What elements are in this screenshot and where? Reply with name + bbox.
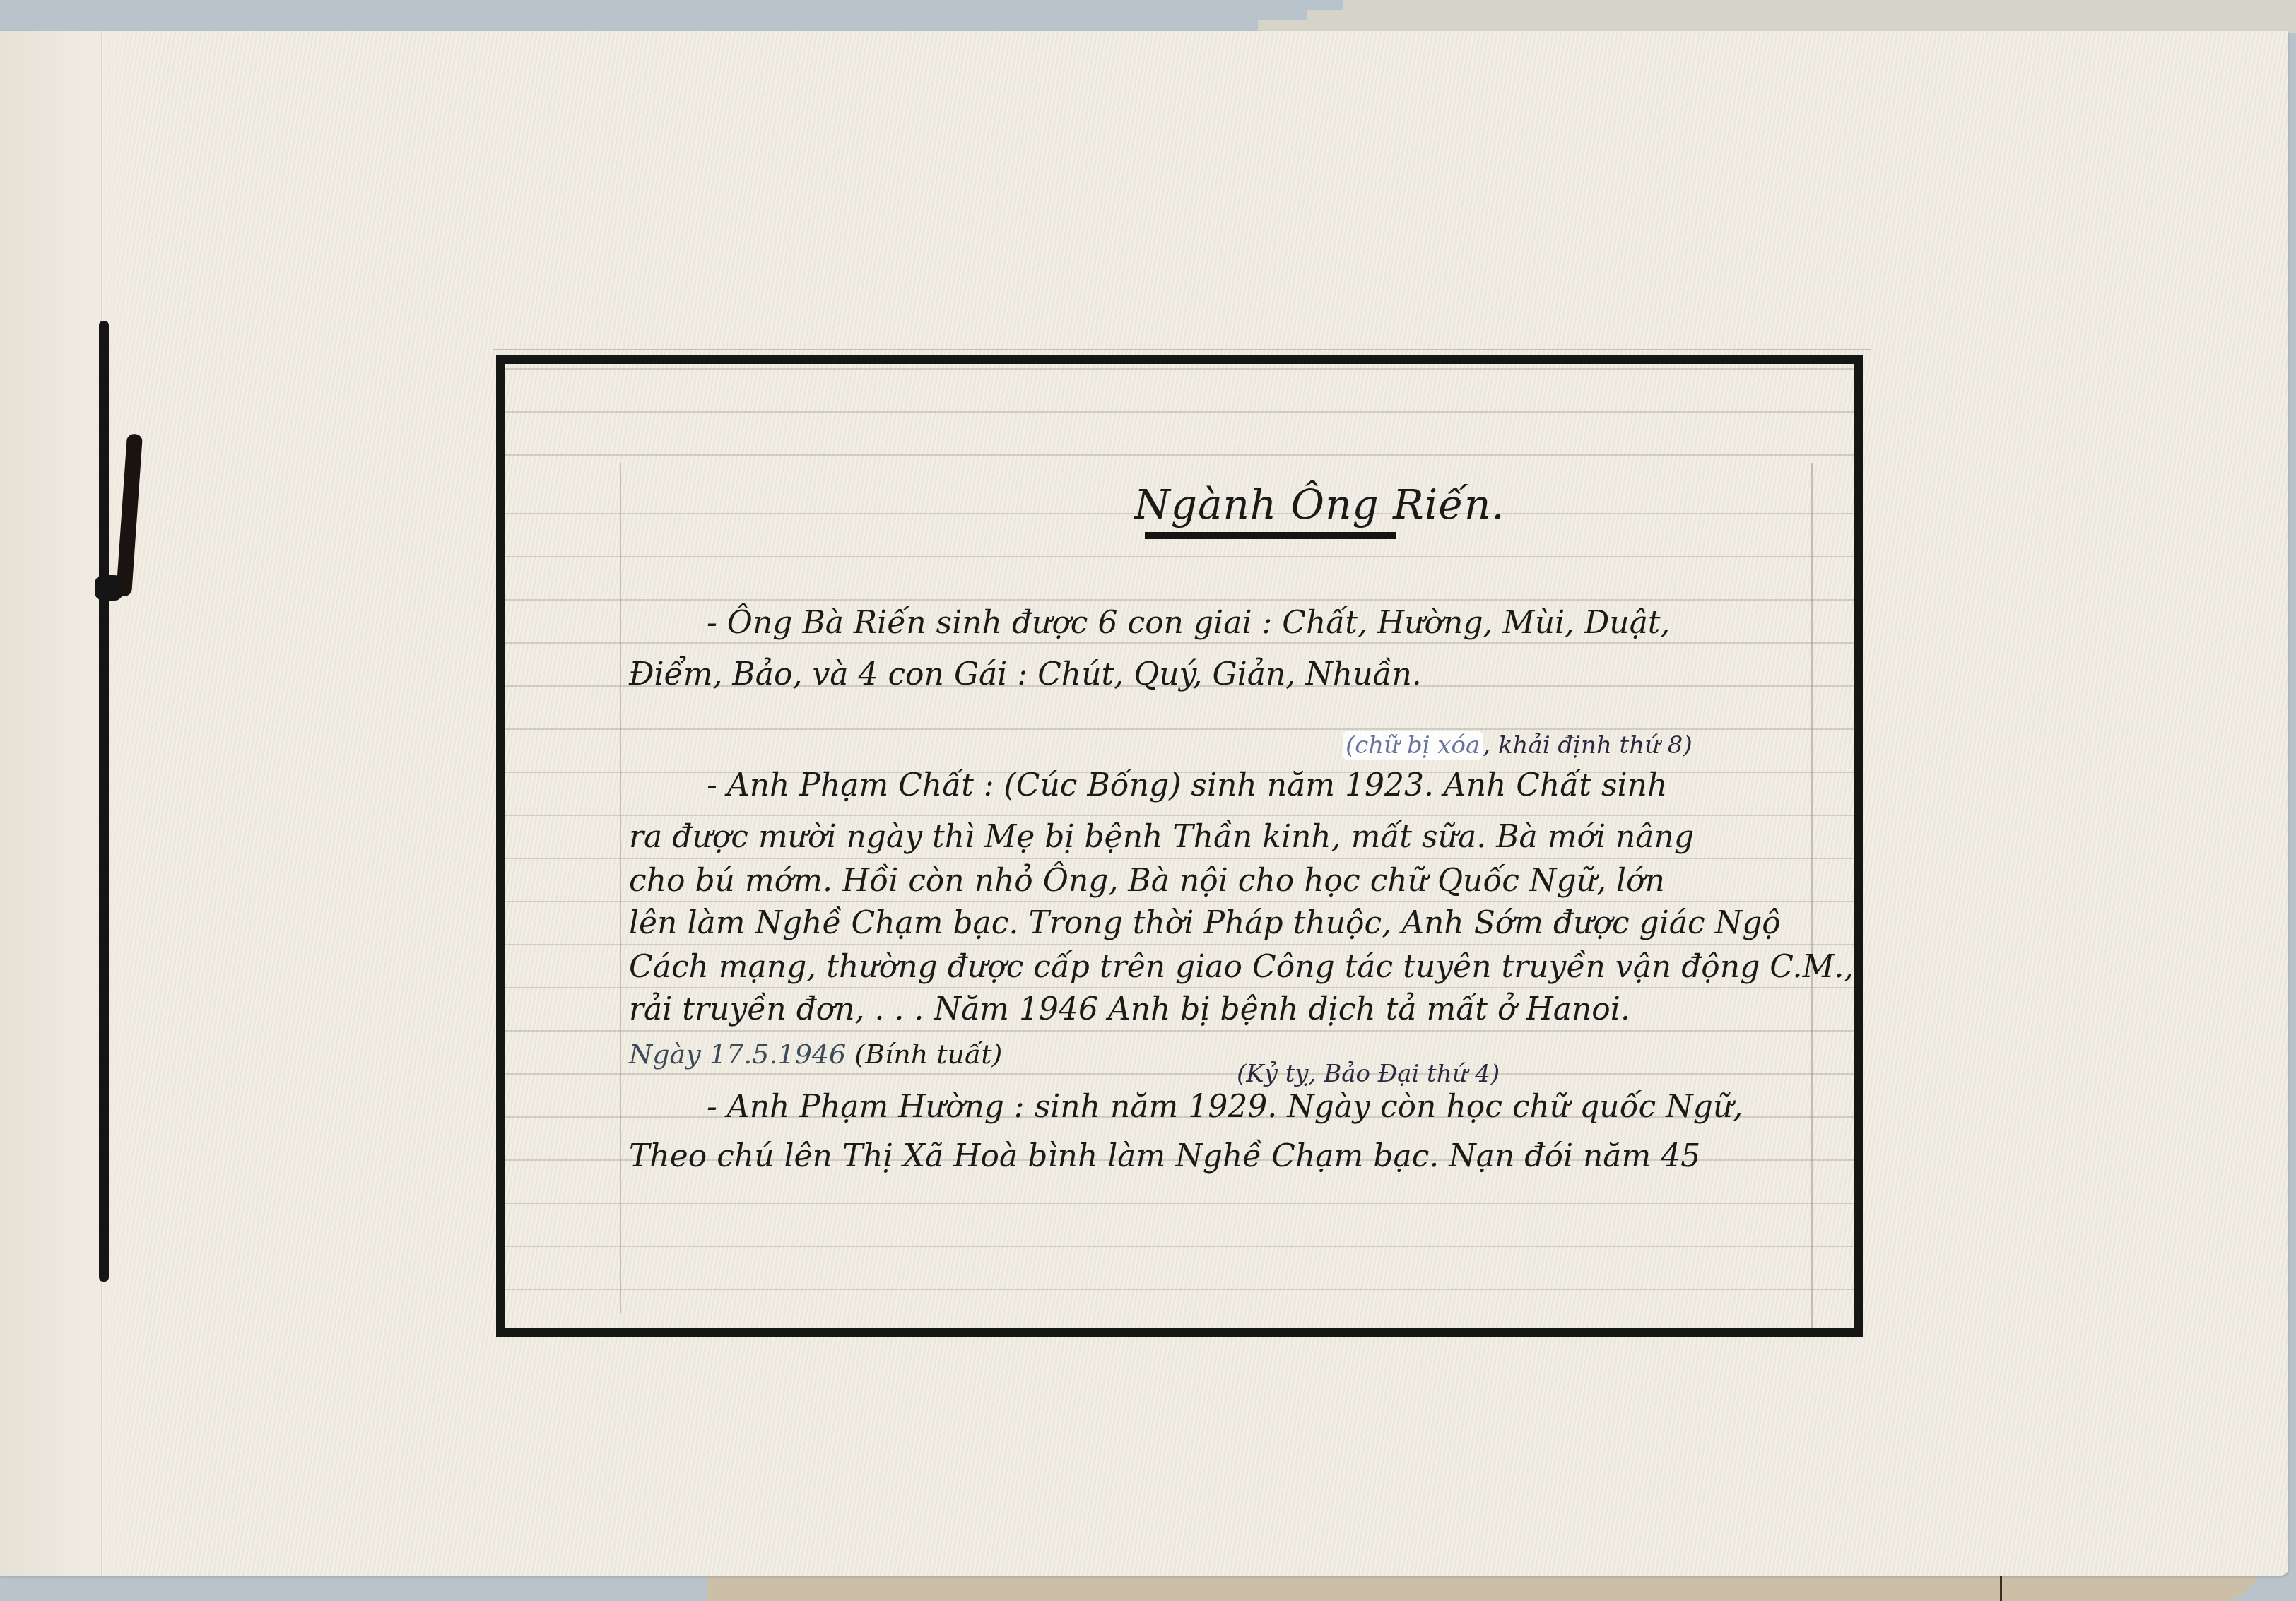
death-date: Ngày 17.5.1946 [629, 1039, 846, 1070]
chat-line-6: rải truyền đơn, . . . Năm 1946 Anh bị bệ… [629, 994, 1630, 1025]
gutter-shade [0, 31, 141, 1576]
intro-line-1: - Ông Bà Riến sinh được 6 con giai : Chấ… [629, 608, 1671, 639]
chat-line-1: - Anh Phạm Chất : (Cúc Bống) sinh năm 19… [629, 770, 1667, 801]
left-margin-line [620, 463, 621, 1313]
whited-out-text: (chữ bị xóa [1343, 731, 1483, 760]
page-title: Ngành Ông Riến. [1134, 480, 1505, 528]
chat-line-4: lên làm Nghề Chạm bạc. Trong thời Pháp t… [629, 908, 1781, 939]
year-name: (Bính tuất) [854, 1039, 1002, 1070]
binding-thread [99, 321, 109, 1282]
intro-line-2: Điểm, Bảo, và 4 con Gái : Chút, Quý, Giả… [629, 659, 1422, 690]
chat-line-5: Cách mạng, thường được cấp trên giao Côn… [629, 952, 1854, 983]
death-date-note: Ngày 17.5.1946 (Bính tuất) [629, 1039, 1002, 1070]
title-underline [1145, 532, 1396, 539]
chat-line-2: ra được mười ngày thì Mẹ bị bệnh Thần ki… [629, 822, 1694, 853]
text-frame: Ngành Ông Riến. - Ông Bà Riến sinh được … [496, 355, 1863, 1337]
right-margin-line [1811, 463, 1813, 1328]
huong-annotation: (Kỷ tỵ, Bảo Đại thứ 4) [1237, 1060, 1500, 1088]
annotation-text: , khải định thứ 8) [1483, 731, 1692, 760]
chat-annotation: (chữ bị xóa, khải định thứ 8) [1343, 731, 1692, 760]
huong-line-1: - Anh Phạm Hường : sinh năm 1929. Ngày c… [629, 1092, 1743, 1123]
album-page: Ngành Ông Riến. - Ông Bà Riến sinh được … [0, 31, 2288, 1576]
chat-line-3: cho bú mớm. Hồi còn nhỏ Ông, Bà nội cho … [629, 866, 1665, 897]
binding-tie [95, 575, 123, 601]
huong-line-2: Theo chú lên Thị Xã Hoà bình làm Nghề Ch… [629, 1141, 1700, 1172]
